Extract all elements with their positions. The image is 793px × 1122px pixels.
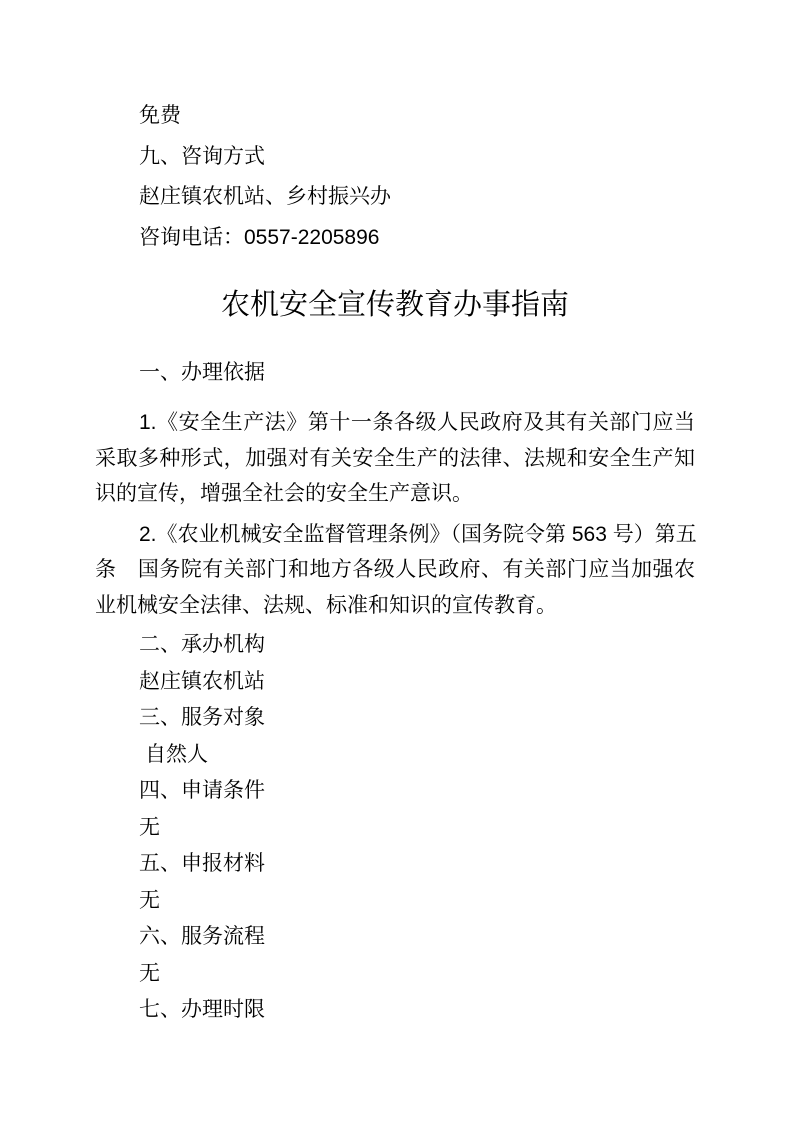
basis-item-2-line-1: 2.《农业机械安全监督管理条例》（国务院令第 563 号）第五 [95,517,695,553]
materials-heading: 五、申报材料 [95,846,695,883]
conditions-heading: 四、申请条件 [95,773,695,810]
basis-item-2-line-3: 业机械安全法律、法规、标准和知识的宣传教育。 [95,588,695,624]
basis-heading: 一、办理依据 [95,354,695,392]
materials-value: 无 [95,883,695,920]
audience-value: 自然人 [95,737,695,774]
fee-standard-value: 免费 [95,96,695,137]
audience-heading: 三、服务对象 [95,700,695,737]
page-title: 农机安全宣传教育办事指南 [95,284,695,326]
time-limit-heading: 七、办理时限 [95,992,695,1029]
consult-offices: 赵庄镇农机站、乡村振兴办 [95,177,695,218]
document-page: 免费 九、咨询方式 赵庄镇农机站、乡村振兴办 咨询电话：0557-2205896… [0,0,793,1122]
basis-item-1-line-3: 识的宣传，增强全社会的安全生产意识。 [95,476,695,512]
consult-method-heading: 九、咨询方式 [95,137,695,178]
agency-value: 赵庄镇农机站 [95,664,695,701]
basis-item-2-line-2: 条 国务院有关部门和地方各级人民政府、有关部门应当加强农 [95,552,695,588]
basis-item-1-line-1: 1.《安全生产法》第十一条各级人民政府及其有关部门应当 [95,405,695,441]
process-heading: 六、服务流程 [95,919,695,956]
agency-heading: 二、承办机构 [95,627,695,664]
sections-list: 二、承办机构 赵庄镇农机站 三、服务对象 自然人 四、申请条件 无 五、申报材料… [95,627,695,1029]
consult-phone: 咨询电话：0557-2205896 [95,218,695,259]
basis-item-1-line-2: 采取多种形式，加强对有关安全生产的法律、法规和安全生产知 [95,441,695,477]
basis-item-1: 1.《安全生产法》第十一条各级人民政府及其有关部门应当 采取多种形式，加强对有关… [95,405,695,512]
basis-item-2: 2.《农业机械安全监督管理条例》（国务院令第 563 号）第五 条 国务院有关部… [95,517,695,624]
process-value: 无 [95,956,695,993]
document-content: 免费 九、咨询方式 赵庄镇农机站、乡村振兴办 咨询电话：0557-2205896… [95,96,695,1029]
conditions-value: 无 [95,810,695,847]
